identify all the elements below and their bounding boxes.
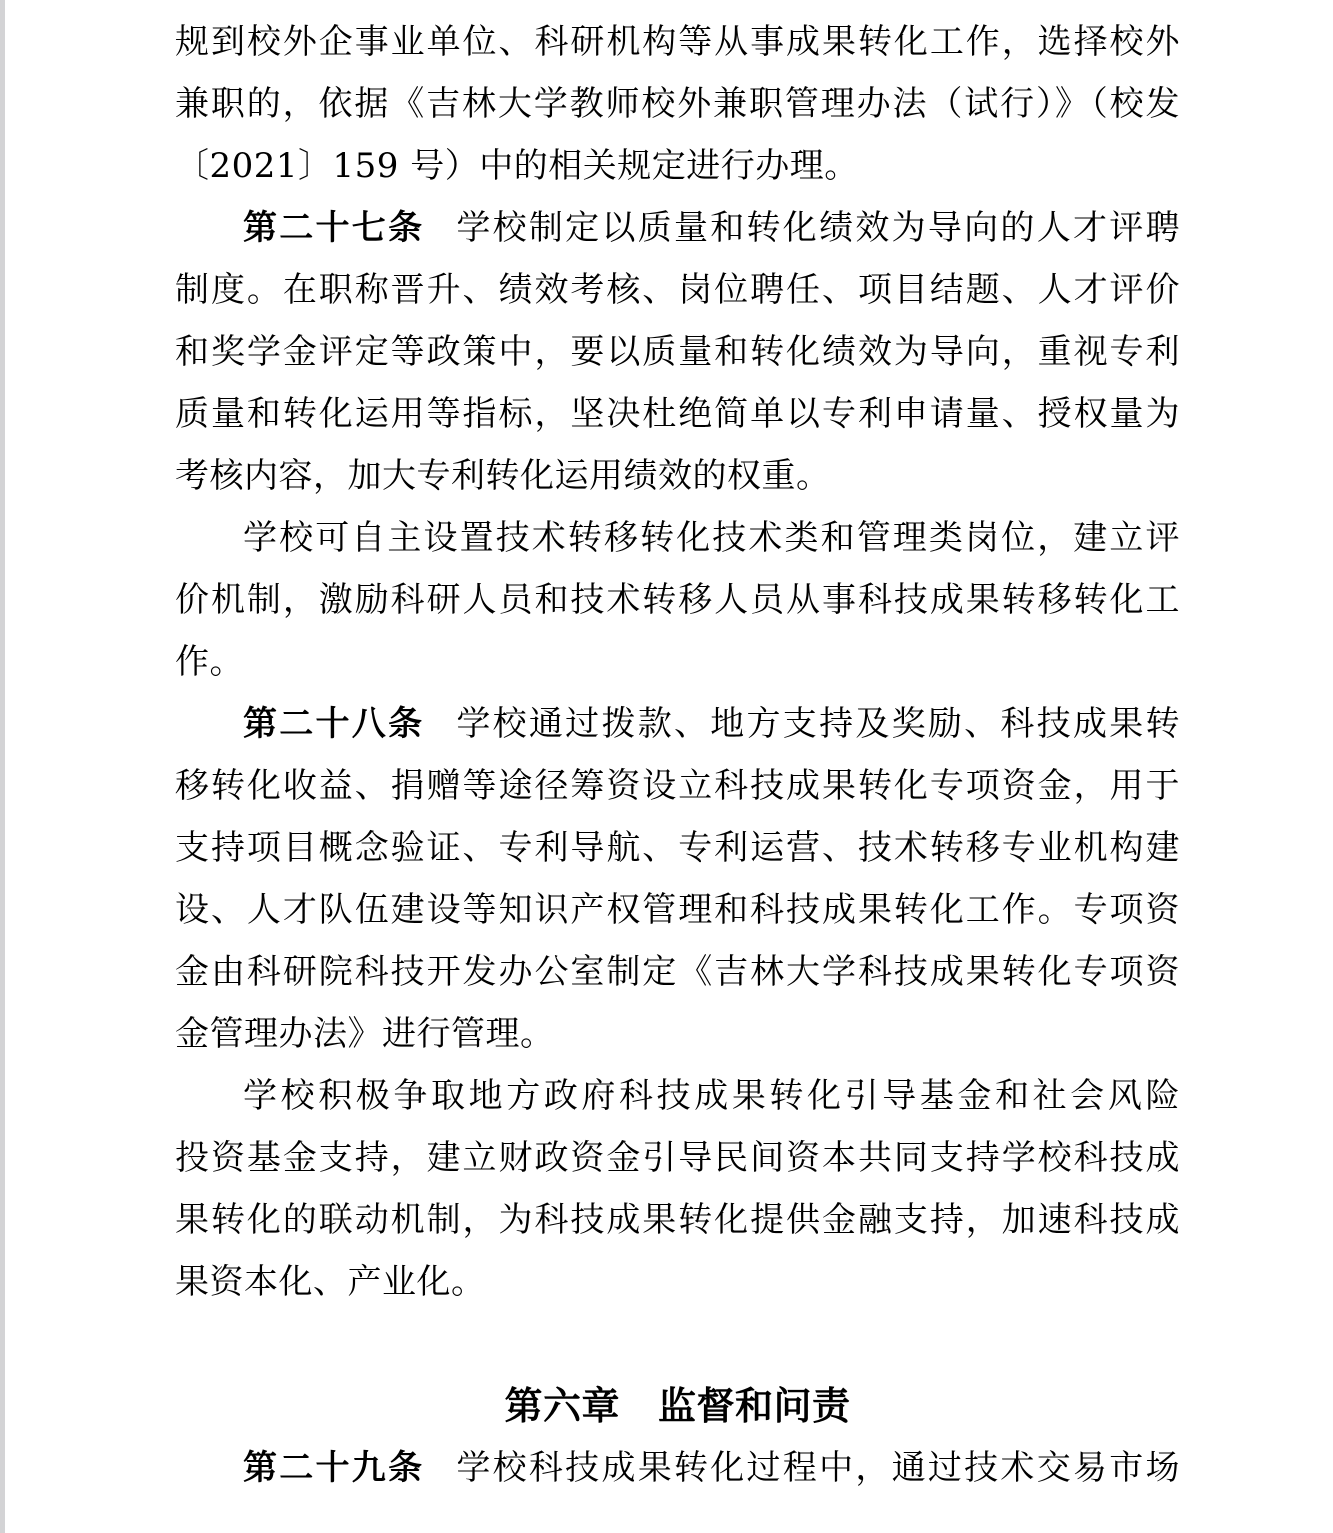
document-text-line: 金由科研院科技开发办公室制定《吉林大学科技成果转化专项资: [175, 941, 1180, 1003]
chapter-heading: 第六章监督和问责: [175, 1375, 1180, 1437]
document-text-line: 果转化的联动机制，为科技成果转化提供金融支持，加速科技成: [175, 1189, 1180, 1251]
document-text-line: 学校可自主设置技术转移转化技术类和管理类岗位，建立评: [175, 507, 1180, 569]
document-text-line: 投资基金支持，建立财政资金引导民间资本共同支持学校科技成: [175, 1127, 1180, 1189]
document-text-line: 质量和转化运用等指标，坚决杜绝简单以专利申请量、授权量为: [175, 383, 1180, 445]
document-text-line: 果资本化、产业化。: [175, 1251, 1180, 1313]
document-text-line: 金管理办法》进行管理。: [175, 1003, 1180, 1065]
chapter-number: 第六章: [504, 1384, 620, 1428]
document-content: 规到校外企事业单位、科研机构等从事成果转化工作，选择校外兼职的，依据《吉林大学教…: [175, 11, 1180, 1499]
document-text-line: 价机制，激励科研人员和技术转移人员从事科技成果转移转化工: [175, 569, 1180, 631]
article-number: 第二十七条: [243, 208, 424, 248]
page-edge-strip: [0, 0, 5, 1533]
document-text-line: 规到校外企事业单位、科研机构等从事成果转化工作，选择校外: [175, 11, 1180, 73]
document-text-line: 〔2021〕159 号）中的相关规定进行办理。: [175, 135, 1180, 197]
document-text-line: 第二十八条学校通过拨款、地方支持及奖励、科技成果转: [175, 693, 1180, 755]
document-page: 规到校外企事业单位、科研机构等从事成果转化工作，选择校外兼职的，依据《吉林大学教…: [0, 0, 1333, 1533]
document-text-line: 设、人才队伍建设等知识产权管理和科技成果转化工作。专项资: [175, 879, 1180, 941]
document-text-line: 学校积极争取地方政府科技成果转化引导基金和社会风险: [175, 1065, 1180, 1127]
document-text-line: 第二十九条学校科技成果转化过程中，通过技术交易市场: [175, 1437, 1180, 1499]
article-number: 第二十九条: [243, 1448, 424, 1488]
blank-line: [175, 1313, 1180, 1375]
document-text-line: 支持项目概念验证、专利导航、专利运营、技术转移专业机构建: [175, 817, 1180, 879]
document-text-line: 考核内容，加大专利转化运用绩效的权重。: [175, 445, 1180, 507]
document-text-line: 兼职的，依据《吉林大学教师校外兼职管理办法（试行）》（校发: [175, 73, 1180, 135]
document-text-line: 和奖学金评定等政策中，要以质量和转化绩效为导向，重视专利: [175, 321, 1180, 383]
document-text-line: 制度。在职称晋升、绩效考核、岗位聘任、项目结题、人才评价: [175, 259, 1180, 321]
document-text-line: 移转化收益、捐赠等途径筹资设立科技成果转化专项资金，用于: [175, 755, 1180, 817]
document-text-line: 第二十七条学校制定以质量和转化绩效为导向的人才评聘: [175, 197, 1180, 259]
article-number: 第二十八条: [243, 704, 424, 744]
document-text-line: 作。: [175, 631, 1180, 693]
